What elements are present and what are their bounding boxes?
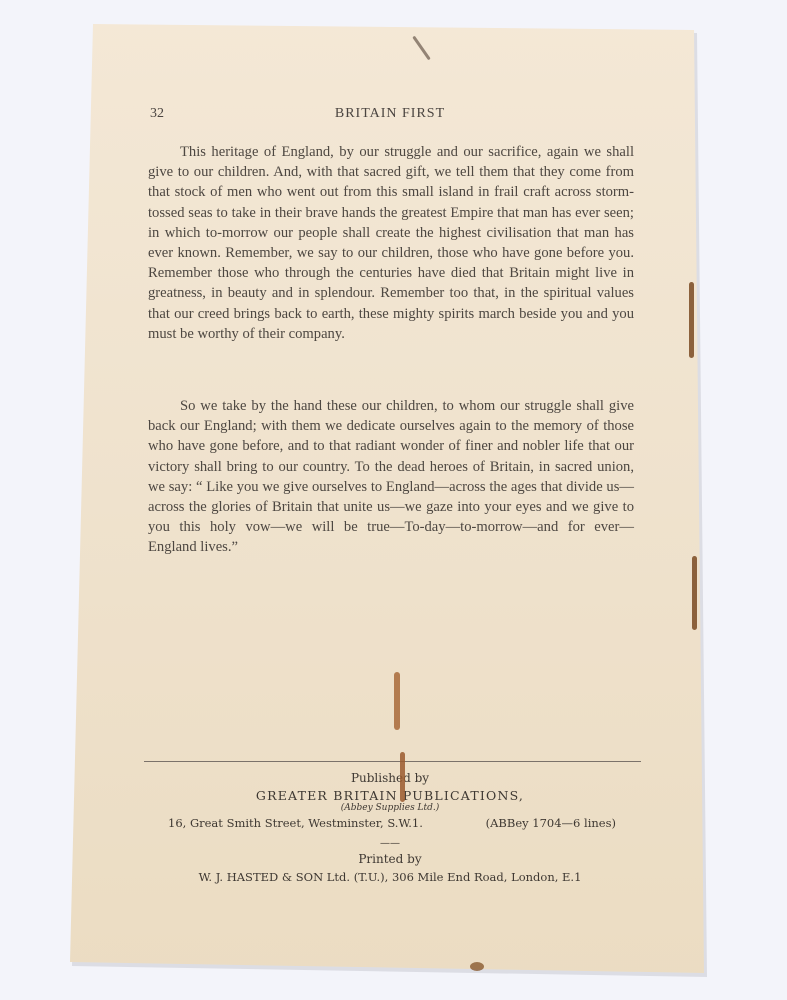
publisher-phone: (ABBey 1704—6 lines) (486, 816, 616, 830)
printed-by-label: Printed by (140, 852, 640, 866)
body-paragraph-2: So we take by the hand these our childre… (148, 396, 634, 558)
rust-stain-right-upper (689, 282, 694, 358)
rust-stain-center-lower (400, 752, 405, 802)
publisher-subtitle: (Abbey Supplies Ltd.) (140, 803, 640, 813)
paragraph-text: This heritage of England, by our struggl… (148, 142, 634, 344)
page-header: 32 BRITAIN FIRST (150, 106, 630, 126)
rust-stain-center (394, 672, 400, 730)
published-by-label: Published by (140, 771, 640, 785)
paragraph-text: So we take by the hand these our childre… (148, 396, 634, 558)
rust-stain-right-lower (692, 556, 697, 630)
printer-name: W. J. HASTED & SON Ltd. (T.U.), 306 Mile… (140, 870, 640, 884)
publisher-name: GREATER BRITAIN PUBLICATIONS, (140, 788, 640, 803)
running-title: BRITAIN FIRST (150, 106, 630, 122)
rust-stain-bottom (470, 962, 484, 971)
horizontal-rule (144, 761, 641, 762)
publisher-address: 16, Great Smith Street, Westminster, S.W… (168, 816, 423, 830)
separator-dash: —— (140, 838, 640, 849)
body-paragraph-1: This heritage of England, by our struggl… (148, 142, 634, 344)
